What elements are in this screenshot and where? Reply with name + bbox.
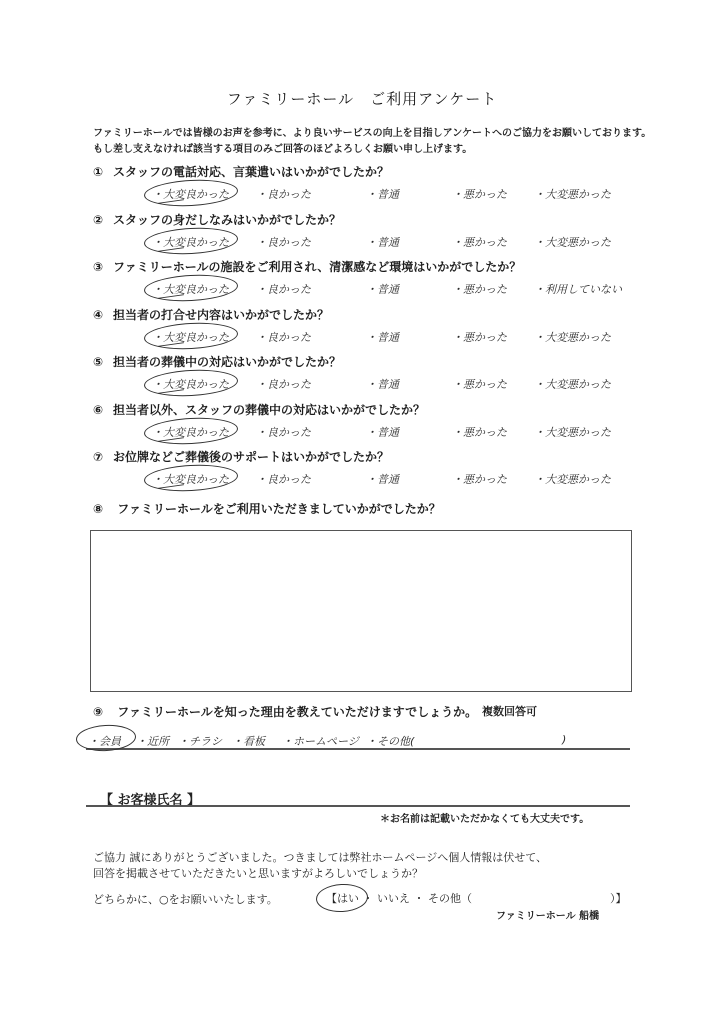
other-close-paren: ) [562, 733, 566, 746]
rating-option[interactable]: ・悪かった [452, 329, 507, 345]
intro-line-2: もし差し支えなければ該当する項目のみご回答のほどよろしくお願い申し上げます。 [93, 140, 472, 155]
rating-option[interactable]: ・良かった [256, 281, 311, 297]
question-number: ② [93, 213, 113, 227]
question-text: スタッフの電話対応、言葉遣いはいかがでしたか？ [113, 165, 389, 179]
question-9: ⑨ ファミリーホールを知った理由を教えていただけますでしょうか。 [93, 703, 477, 720]
source-option[interactable]: ・その他( [366, 733, 414, 749]
question-number: ⑧ [93, 502, 113, 516]
source-option[interactable]: ・チラシ [178, 733, 222, 749]
rating-option[interactable]: ・悪かった [452, 376, 507, 392]
rating-option[interactable]: ・普通 [366, 376, 399, 392]
source-option[interactable]: ・看板 [232, 733, 265, 749]
rating-option[interactable]: ・大変悪かった [534, 471, 611, 487]
rating-option[interactable]: ・良かった [256, 471, 311, 487]
question-2: ②スタッフの身だしなみはいかがでしたか？ [93, 211, 341, 228]
rating-option[interactable]: ・悪かった [452, 471, 507, 487]
rating-option[interactable]: ・悪かった [452, 186, 507, 202]
question-number: ⑤ [93, 355, 113, 369]
question-text: 担当者の葬儀中の対応はいかがでしたか？ [113, 355, 341, 369]
question-4: ④担当者の打合せ内容はいかがでしたか？ [93, 306, 329, 323]
rating-option[interactable]: ・悪かった [452, 234, 507, 250]
question-8: ⑧ ファミリーホールをご利用いただきましていかがでしたか？ [93, 500, 441, 517]
rating-option[interactable]: ・悪かった [452, 424, 507, 440]
question-number: ④ [93, 308, 113, 322]
question-text: 担当者の打合せ内容はいかがでしたか？ [113, 308, 329, 322]
rating-option[interactable]: ・普通 [366, 329, 399, 345]
question-text: ファミリーホールの施設をご利用され、清潔感など環境はいかがでしたか？ [113, 260, 521, 274]
name-label-underline [86, 805, 210, 807]
rating-option[interactable]: ・大変悪かった [534, 186, 611, 202]
choice-no-other[interactable]: ・ いいえ ・ その他（ [363, 892, 473, 905]
signature: ファミリーホール 船橋 [496, 907, 599, 922]
page-title: ファミリーホール ご利用アンケート [0, 88, 724, 109]
rating-option[interactable]: ・大変悪かった [534, 329, 611, 345]
question-1: ①スタッフの電話対応、言葉遣いはいかがでしたか？ [93, 163, 389, 180]
question-7: ⑦お位牌などご葬儀後のサポートはいかがでしたか？ [93, 448, 389, 465]
question-number: ③ [93, 260, 113, 274]
rating-option[interactable]: ・利用していない [534, 281, 622, 297]
rating-option[interactable]: ・普通 [366, 424, 399, 440]
intro-line-1: ファミリーホールでは皆様のお声を参考に、より良いサービスの向上を目指しアンケート… [93, 124, 651, 139]
rating-option[interactable]: ・普通 [366, 281, 399, 297]
question-text: 担当者以外、スタッフの葬儀中の対応はいかがでしたか？ [113, 403, 425, 417]
closing-line-3: どちらかに、○をお願いいたします。 [93, 891, 278, 907]
rating-option[interactable]: ・良かった [256, 329, 311, 345]
rating-option[interactable]: ・大変悪かった [534, 424, 611, 440]
rating-option[interactable]: ・良かった [256, 186, 311, 202]
question-text: ファミリーホールを知った理由を教えていただけますでしょうか。 [117, 705, 477, 719]
selection-circle [315, 883, 368, 914]
rating-option[interactable]: ・良かった [256, 376, 311, 392]
question-3: ③ファミリーホールの施設をご利用され、清潔感など環境はいかがでしたか？ [93, 258, 521, 275]
rating-option[interactable]: ・良かった [256, 424, 311, 440]
rating-option[interactable]: ・大変悪かった [534, 376, 611, 392]
closing-line-2: 回答を掲載させていただきたいと思いますがよろしいでしょうか？ [93, 865, 423, 881]
multiple-answer-note: 複数回答可 [482, 703, 537, 719]
rating-option[interactable]: ・大変悪かった [534, 234, 611, 250]
question-text: スタッフの身だしなみはいかがでしたか？ [113, 213, 341, 227]
rating-option[interactable]: ・悪かった [452, 281, 507, 297]
rating-option[interactable]: ・普通 [366, 471, 399, 487]
question-text: ファミリーホールをご利用いただきましていかがでしたか？ [117, 502, 441, 516]
free-answer-box[interactable] [90, 530, 632, 692]
question-6: ⑥担当者以外、スタッフの葬儀中の対応はいかがでしたか？ [93, 401, 425, 418]
question-text: お位牌などご葬儀後のサポートはいかがでしたか？ [113, 450, 389, 464]
question-number: ⑨ [93, 705, 113, 719]
question-number: ⑦ [93, 450, 113, 464]
rating-option[interactable]: ・普通 [366, 234, 399, 250]
name-optional-note: ＊お名前は記載いただかなくても大丈夫です。 [380, 810, 589, 825]
source-option[interactable]: ・近所 [136, 733, 169, 749]
options-underline [86, 748, 630, 750]
question-5: ⑤担当者の葬儀中の対応はいかがでしたか？ [93, 353, 341, 370]
source-option[interactable]: ・ホームページ [282, 733, 359, 749]
question-number: ① [93, 165, 113, 179]
choice-close-bracket: ）】 [610, 890, 627, 906]
rating-option[interactable]: ・普通 [366, 186, 399, 202]
customer-name-field[interactable] [210, 805, 630, 807]
question-number: ⑥ [93, 403, 113, 417]
rating-option[interactable]: ・良かった [256, 234, 311, 250]
closing-line-1: ご協力 誠にありがとうございました。つきましては弊社ホームページへ個人情報は伏せ… [93, 849, 547, 865]
